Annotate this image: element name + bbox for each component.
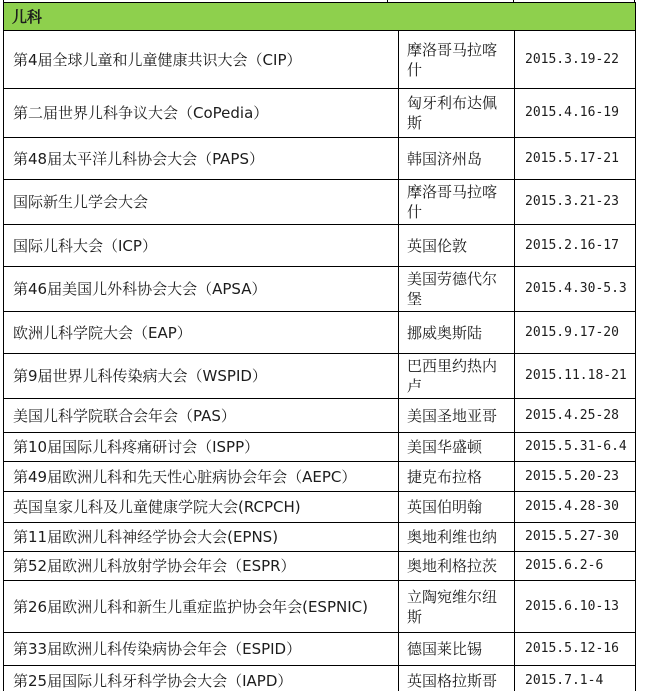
conference-row: 欧洲儿科学院大会（EAP）挪威奥斯陆2015.9.17-20 <box>4 312 636 354</box>
section-title: 儿科 <box>4 3 636 31</box>
dates-cell: 2015.3.21-23 <box>515 180 636 225</box>
conference-name-cell: 国际新生儿学会大会 <box>4 180 399 225</box>
location-cell: 英国格拉斯哥 <box>399 666 515 691</box>
conference-name-cell: 第25届国际儿科牙科学协会大会（IAPD） <box>4 666 399 691</box>
dates-cell: 2015.11.18-21 <box>515 354 636 399</box>
dates-cell: 2015.4.28-30 <box>515 492 636 523</box>
location-cell: 奥地利维也纳 <box>399 523 515 552</box>
conference-name-cell: 第4届全球儿童和儿童健康共识大会（CIP） <box>4 31 399 89</box>
location-cell: 美国华盛顿 <box>399 433 515 462</box>
location-cell: 立陶宛维尔纽斯 <box>399 581 515 633</box>
dates-cell: 2015.5.17-21 <box>515 138 636 180</box>
table-border-tick <box>3 0 4 2</box>
table-border-tick <box>634 0 635 2</box>
dates-cell: 2015.6.2-6 <box>515 552 636 581</box>
location-cell: 英国伯明翰 <box>399 492 515 523</box>
location-cell: 巴西里约热内卢 <box>399 354 515 399</box>
conference-row: 第25届国际儿科牙科学协会大会（IAPD）英国格拉斯哥2015.7.1-4 <box>4 666 636 691</box>
table-border-tick <box>513 0 514 2</box>
dates-cell: 2015.5.12-16 <box>515 633 636 666</box>
conference-name-cell: 第46届美国儿外科协会大会（APSA） <box>4 267 399 312</box>
section-header-row: 儿科 <box>4 3 636 31</box>
conference-name-cell: 第11届欧洲儿科神经学协会大会(EPNS) <box>4 523 399 552</box>
location-cell: 德国莱比锡 <box>399 633 515 666</box>
conference-name-cell: 国际儿科大会（ICP） <box>4 225 399 267</box>
dates-cell: 2015.4.30-5.3 <box>515 267 636 312</box>
conference-row: 国际儿科大会（ICP）英国伦敦2015.2.16-17 <box>4 225 636 267</box>
dates-cell: 2015.4.25-28 <box>515 399 636 433</box>
dates-cell: 2015.5.27-30 <box>515 523 636 552</box>
conference-row: 第26届欧洲儿科和新生儿重症监护协会年会(ESPNIC)立陶宛维尔纽斯2015.… <box>4 581 636 633</box>
conference-name-cell: 第9届世界儿科传染病大会（WSPID） <box>4 354 399 399</box>
conference-name-cell: 英国皇家儿科及儿童健康学院大会(RCPCH) <box>4 492 399 523</box>
conference-row: 美国儿科学院联合会年会（PAS）美国圣地亚哥2015.4.25-28 <box>4 399 636 433</box>
location-cell: 美国劳德代尔堡 <box>399 267 515 312</box>
conference-row: 国际新生儿学会大会摩洛哥马拉喀什2015.3.21-23 <box>4 180 636 225</box>
dates-cell: 2015.2.16-17 <box>515 225 636 267</box>
conference-name-cell: 第二届世界儿科争议大会（CoPedia） <box>4 89 399 138</box>
conference-row: 第11届欧洲儿科神经学协会大会(EPNS)奥地利维也纳2015.5.27-30 <box>4 523 636 552</box>
conference-row: 第10届国际儿科疼痛研讨会（ISPP）美国华盛顿2015.5.31-6.4 <box>4 433 636 462</box>
location-cell: 摩洛哥马拉喀什 <box>399 31 515 89</box>
table-border-tick <box>387 0 388 2</box>
dates-cell: 2015.3.19-22 <box>515 31 636 89</box>
location-cell: 摩洛哥马拉喀什 <box>399 180 515 225</box>
conference-name-cell: 第10届国际儿科疼痛研讨会（ISPP） <box>4 433 399 462</box>
location-cell: 捷克布拉格 <box>399 462 515 492</box>
dates-cell: 2015.6.10-13 <box>515 581 636 633</box>
location-cell: 奥地利格拉茨 <box>399 552 515 581</box>
conference-row: 第9届世界儿科传染病大会（WSPID）巴西里约热内卢2015.11.18-21 <box>4 354 636 399</box>
conference-row: 第52届欧洲儿科放射学协会年会（ESPR）奥地利格拉茨2015.6.2-6 <box>4 552 636 581</box>
dates-cell: 2015.7.1-4 <box>515 666 636 691</box>
conference-name-cell: 第48届太平洋儿科协会大会（PAPS） <box>4 138 399 180</box>
conference-row: 第46届美国儿外科协会大会（APSA）美国劳德代尔堡2015.4.30-5.3 <box>4 267 636 312</box>
conference-name-cell: 第52届欧洲儿科放射学协会年会（ESPR） <box>4 552 399 581</box>
page: 儿科 第4届全球儿童和儿童健康共识大会（CIP）摩洛哥马拉喀什2015.3.19… <box>0 0 647 691</box>
location-cell: 匈牙利布达佩斯 <box>399 89 515 138</box>
dates-cell: 2015.5.20-23 <box>515 462 636 492</box>
conference-row: 英国皇家儿科及儿童健康学院大会(RCPCH)英国伯明翰2015.4.28-30 <box>4 492 636 523</box>
conference-row: 第4届全球儿童和儿童健康共识大会（CIP）摩洛哥马拉喀什2015.3.19-22 <box>4 31 636 89</box>
conference-row: 第33届欧洲儿科传染病协会年会（ESPID）德国莱比锡2015.5.12-16 <box>4 633 636 666</box>
location-cell: 英国伦敦 <box>399 225 515 267</box>
dates-cell: 2015.4.16-19 <box>515 89 636 138</box>
conference-row: 第48届太平洋儿科协会大会（PAPS）韩国济州岛2015.5.17-21 <box>4 138 636 180</box>
location-cell: 美国圣地亚哥 <box>399 399 515 433</box>
conference-name-cell: 美国儿科学院联合会年会（PAS） <box>4 399 399 433</box>
location-cell: 挪威奥斯陆 <box>399 312 515 354</box>
conference-table: 儿科 第4届全球儿童和儿童健康共识大会（CIP）摩洛哥马拉喀什2015.3.19… <box>3 2 636 691</box>
conference-table-body: 儿科 第4届全球儿童和儿童健康共识大会（CIP）摩洛哥马拉喀什2015.3.19… <box>4 3 636 691</box>
conference-row: 第二届世界儿科争议大会（CoPedia）匈牙利布达佩斯2015.4.16-19 <box>4 89 636 138</box>
conference-row: 第49届欧洲儿科和先天性心脏病协会年会（AEPC）捷克布拉格2015.5.20-… <box>4 462 636 492</box>
conference-name-cell: 第26届欧洲儿科和新生儿重症监护协会年会(ESPNIC) <box>4 581 399 633</box>
conference-name-cell: 第49届欧洲儿科和先天性心脏病协会年会（AEPC） <box>4 462 399 492</box>
previous-row-edge <box>3 0 635 2</box>
dates-cell: 2015.5.31-6.4 <box>515 433 636 462</box>
dates-cell: 2015.9.17-20 <box>515 312 636 354</box>
location-cell: 韩国济州岛 <box>399 138 515 180</box>
conference-name-cell: 第33届欧洲儿科传染病协会年会（ESPID） <box>4 633 399 666</box>
conference-name-cell: 欧洲儿科学院大会（EAP） <box>4 312 399 354</box>
